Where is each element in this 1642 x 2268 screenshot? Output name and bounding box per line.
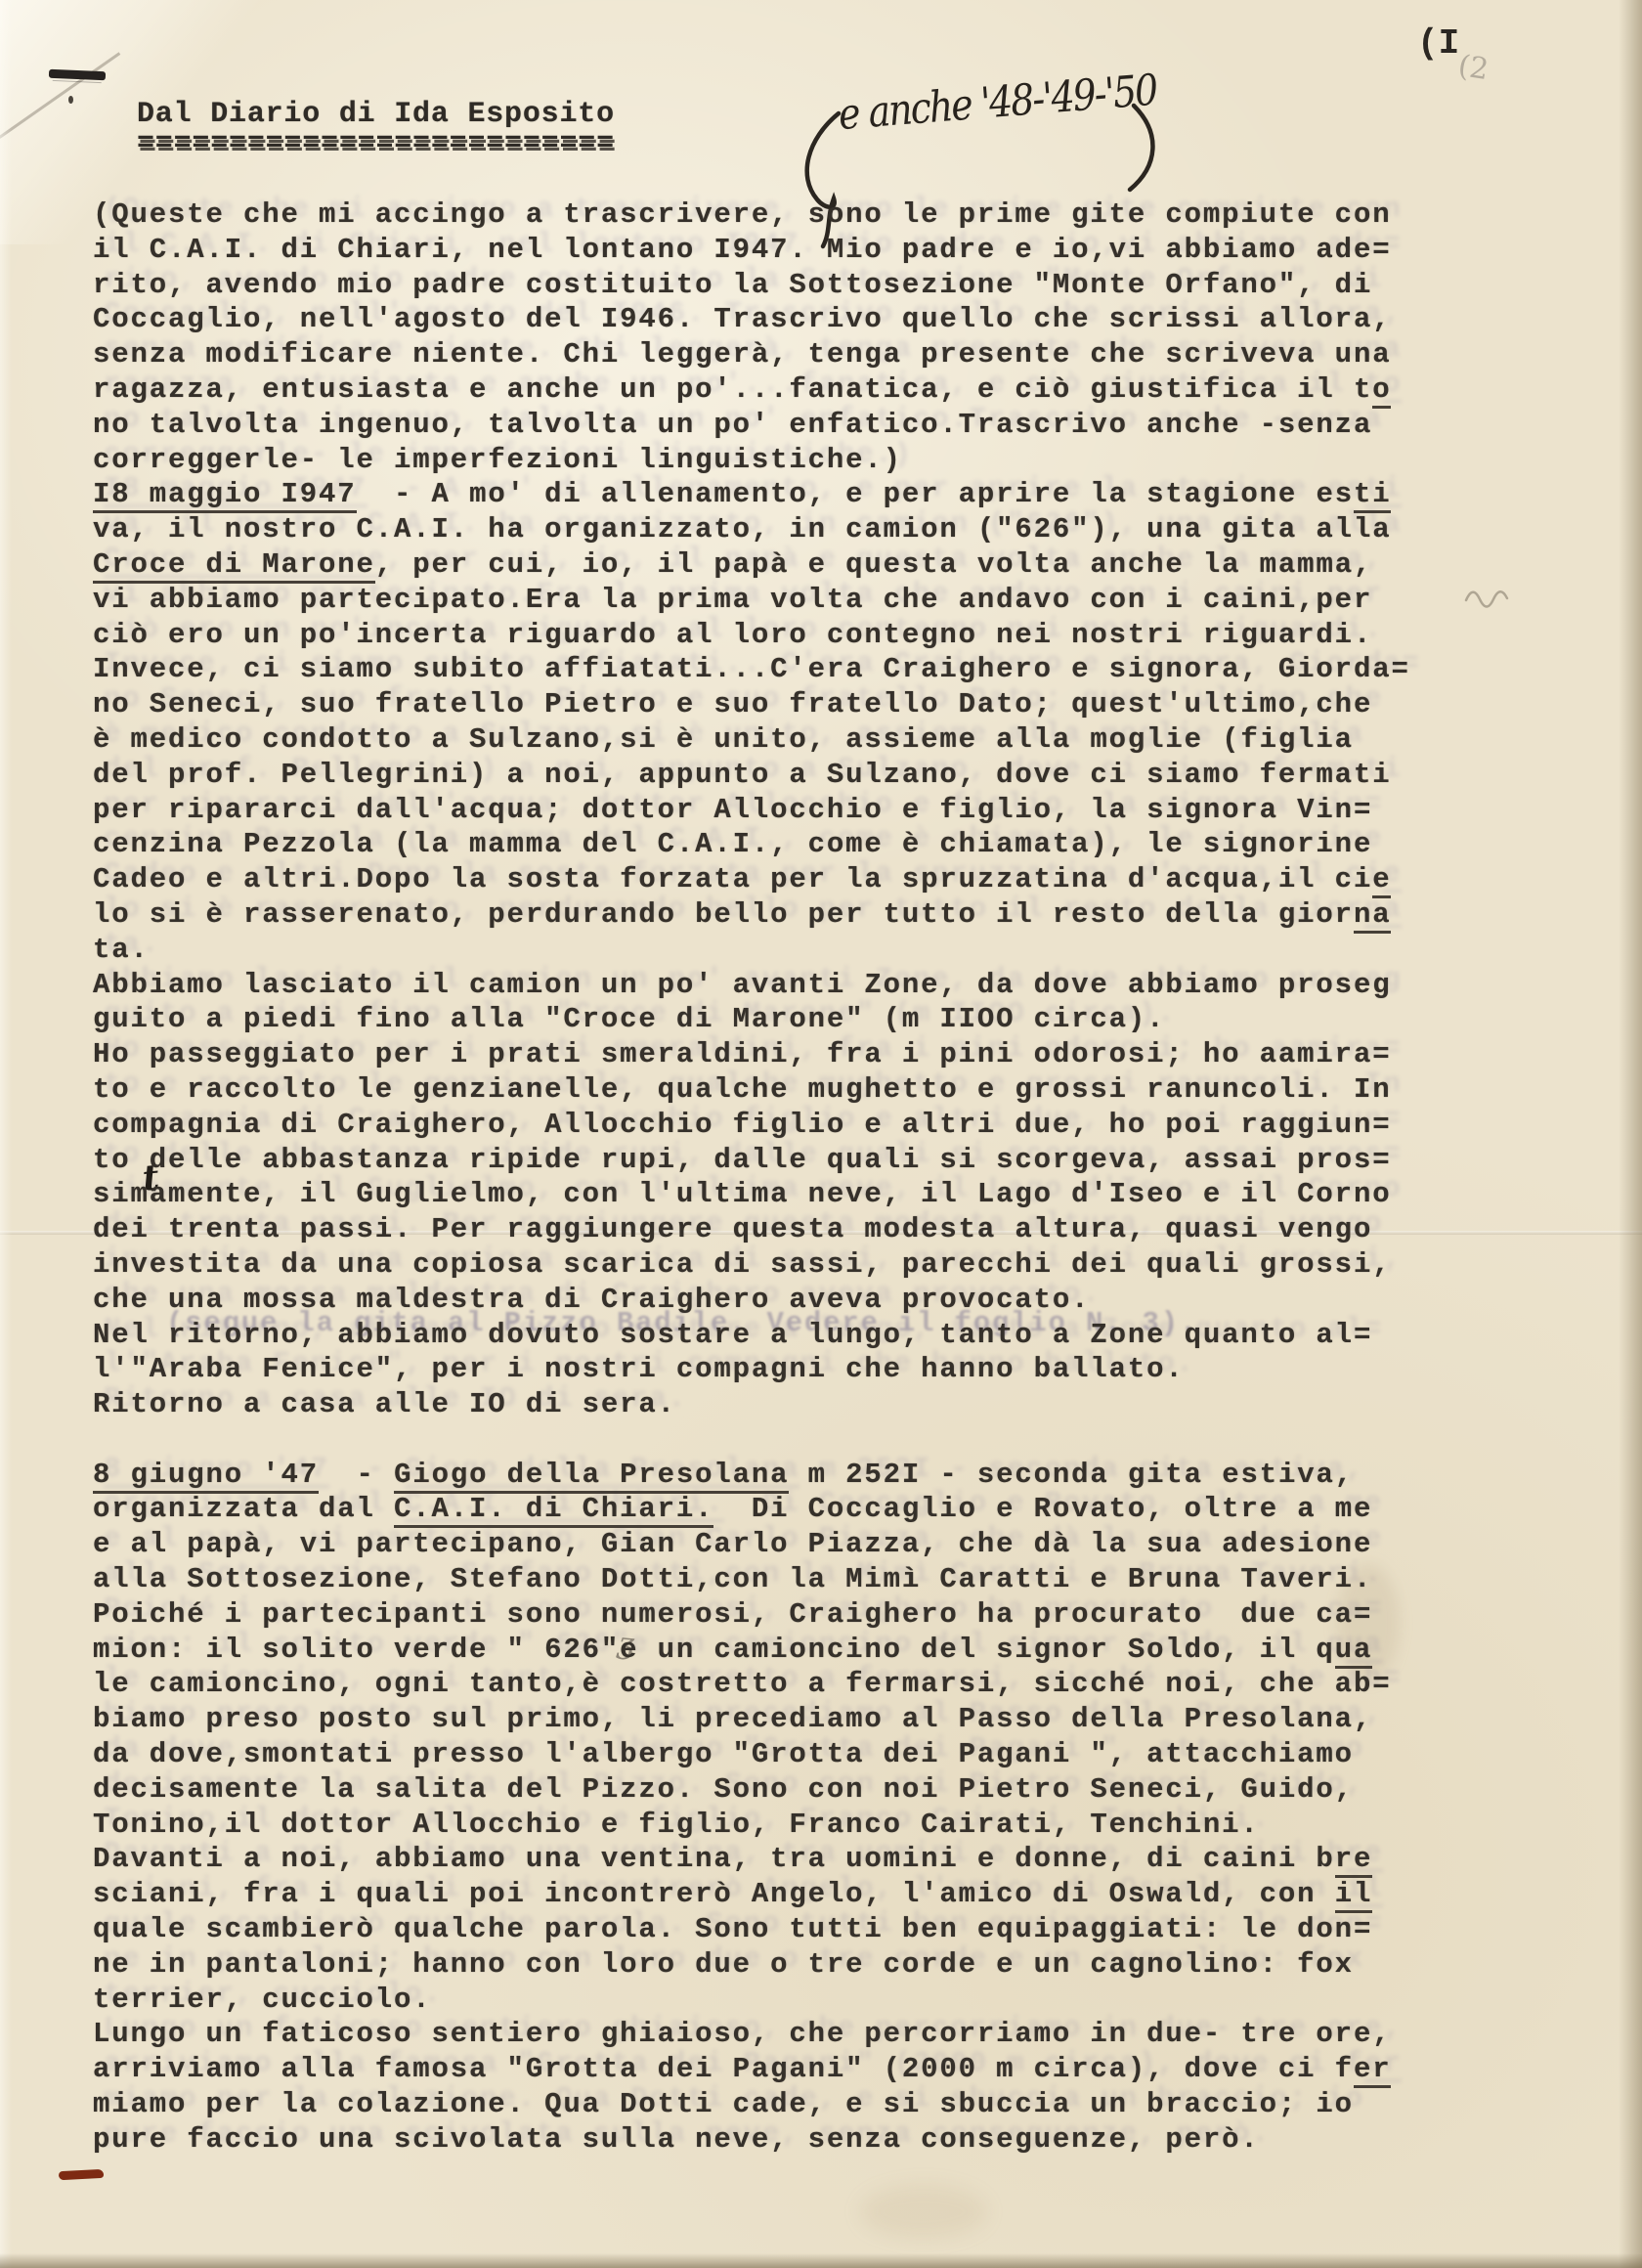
text-line: Nel ritorno, abbiamo dovuto sostare a lu… xyxy=(93,1319,1530,1354)
text-line: per ripararci dall'acqua; dottor Allocch… xyxy=(93,794,1530,829)
annotation-close-paren xyxy=(1130,106,1152,190)
text-line: le camioncino, ogni tanto,è costretto a … xyxy=(93,1668,1530,1703)
text-line: del prof. Pellegrini) a noi, appunto a S… xyxy=(93,759,1530,794)
text-line: Poiché i partecipanti sono numerosi, Cra… xyxy=(93,1598,1530,1634)
text-line: da dove,smontati presso l'albergo "Grott… xyxy=(93,1738,1530,1773)
text-line: Tonino,il dottor Allocchio e figlio, Fra… xyxy=(93,1809,1530,1844)
text-line: Croce di Marone, per cui, io, il papà e … xyxy=(93,548,1530,584)
text-line: che una mossa maldestra di Craighero ave… xyxy=(93,1284,1530,1319)
text-line: guito a piedi fino alla "Croce di Marone… xyxy=(93,1003,1530,1038)
text-line: sciani, fra i quali poi incontrerò Angel… xyxy=(93,1878,1530,1913)
text-line: pure faccio una scivolata sulla neve, se… xyxy=(93,2123,1530,2159)
text-line: vi abbiamo partecipato.Era la prima volt… xyxy=(93,584,1530,619)
text-line: ciò ero un po'incerta riguardo al loro c… xyxy=(93,619,1530,654)
text-line: Coccaglio, nell'agosto del I946. Trascri… xyxy=(93,303,1530,338)
text-line: decisamente la salita del Pizzo. Sono co… xyxy=(93,1773,1530,1809)
text-line: alla Sottosezione, Stefano Dotti,con la … xyxy=(93,1563,1530,1598)
title-underline: ========================== xyxy=(137,127,615,160)
text-line: biamo preso posto sul primo, li precedia… xyxy=(93,1703,1530,1738)
text-line: Lungo un faticoso sentiero ghiaioso, che… xyxy=(93,2018,1530,2053)
document-page: (Queste che mi accingo a trascrivere, so… xyxy=(0,0,1642,2268)
text-line: correggerle- le imperfezioni linguistich… xyxy=(93,444,1530,479)
text-line: organizzata dal C.A.I. di Chiari. Di Coc… xyxy=(93,1493,1530,1528)
text-line: mion: il solito verde " 626"e un camionc… xyxy=(93,1634,1530,1669)
text-line: to delle abbastanza ripide rupi, dalle q… xyxy=(93,1144,1530,1179)
text-line: arriviamo alla famosa "Grotta dei Pagani… xyxy=(93,2053,1530,2088)
text-line: ne in pantaloni; hanno con loro due o tr… xyxy=(93,1948,1530,1984)
text-line: compagnia di Craighero, Allocchio figlio… xyxy=(93,1109,1530,1144)
page-edge-left xyxy=(0,0,12,2268)
text-line: lo si è rasserenato, perdurando bello pe… xyxy=(93,898,1530,934)
text-line: investita da una copiosa scarica di sass… xyxy=(93,1248,1530,1284)
text-line: terrier, cucciolo. xyxy=(93,1984,1530,2019)
text-line: I8 maggio I947 - A mo' di allenamento, e… xyxy=(93,478,1530,513)
text-line: simamente, il Guglielmo, con l'ultima ne… xyxy=(93,1178,1530,1213)
text-line: quale scambierò qualche parola. Sono tut… xyxy=(93,1913,1530,1948)
text-line: senza modificare niente. Chi leggerà, te… xyxy=(93,338,1530,373)
text-line: va, il nostro C.A.I. ha organizzato, in … xyxy=(93,513,1530,548)
text-line: cenzina Pezzola (la mamma del C.A.I., co… xyxy=(93,828,1530,863)
page-title: Dal Diario di Ida Esposito xyxy=(137,98,615,131)
text-line: to e raccolto le genzianelle, qualche mu… xyxy=(93,1073,1530,1109)
typed-page-number: (I xyxy=(1417,23,1459,64)
text-line: no talvolta ingenuo, talvolta un po' enf… xyxy=(93,409,1530,444)
text-line: e al papà, vi partecipano, Gian Carlo Pi… xyxy=(93,1528,1530,1563)
text-line: Abbiamo lasciato il camion un po' avanti… xyxy=(93,969,1530,1004)
text-line: ragazza, entusiasta e anche un po'...fan… xyxy=(93,373,1530,409)
text-line: rito, avendo mio padre costituito la Sot… xyxy=(93,269,1530,304)
typed-lines: (Queste che mi accingo a trascrivere, so… xyxy=(93,198,1530,2159)
text-line xyxy=(93,1423,1530,1459)
text-line: Cadeo e altri.Dopo la sosta forzata per … xyxy=(93,863,1530,898)
text-line: l'"Araba Fenice", per i nostri compagni … xyxy=(93,1353,1530,1388)
text-line: (Queste che mi accingo a trascrivere, so… xyxy=(93,198,1530,234)
red-pen-mark xyxy=(59,2169,104,2180)
text-line: Ho passeggiato per i prati smeraldini, f… xyxy=(93,1038,1530,1073)
handwritten-annotation: e anche '48-'49-'50 xyxy=(837,65,1158,139)
text-line: Davanti a noi, abbiamo una ventina, tra … xyxy=(93,1843,1530,1878)
page-edge-bottom xyxy=(0,2253,1642,2268)
text-line: Ritorno a casa alle IO di sera. xyxy=(93,1388,1530,1423)
text-line: no Seneci, suo fratello Pietro e suo fra… xyxy=(93,688,1530,723)
text-line: 8 giugno '47 - Giogo della Presolana m 2… xyxy=(93,1459,1530,1494)
text-line: dei trenta passi. Per raggiungere questa… xyxy=(93,1213,1530,1248)
text-line: Invece, ci siamo subito affiatati...C'er… xyxy=(93,653,1530,688)
text-line: il C.A.I. di Chiari, nel lontano I947. M… xyxy=(93,234,1530,269)
text-line: è medico condotto a Sulzano,si è unito, … xyxy=(93,723,1530,759)
text-line: miamo per la colazione. Qua Dotti cade, … xyxy=(93,2088,1530,2123)
paper-stain xyxy=(860,2185,987,2239)
ink-dot-mark xyxy=(68,96,73,104)
pencil-page-number: (2 xyxy=(1455,49,1491,87)
page-edge-right xyxy=(1619,0,1642,2268)
text-line: ta. xyxy=(93,934,1530,969)
